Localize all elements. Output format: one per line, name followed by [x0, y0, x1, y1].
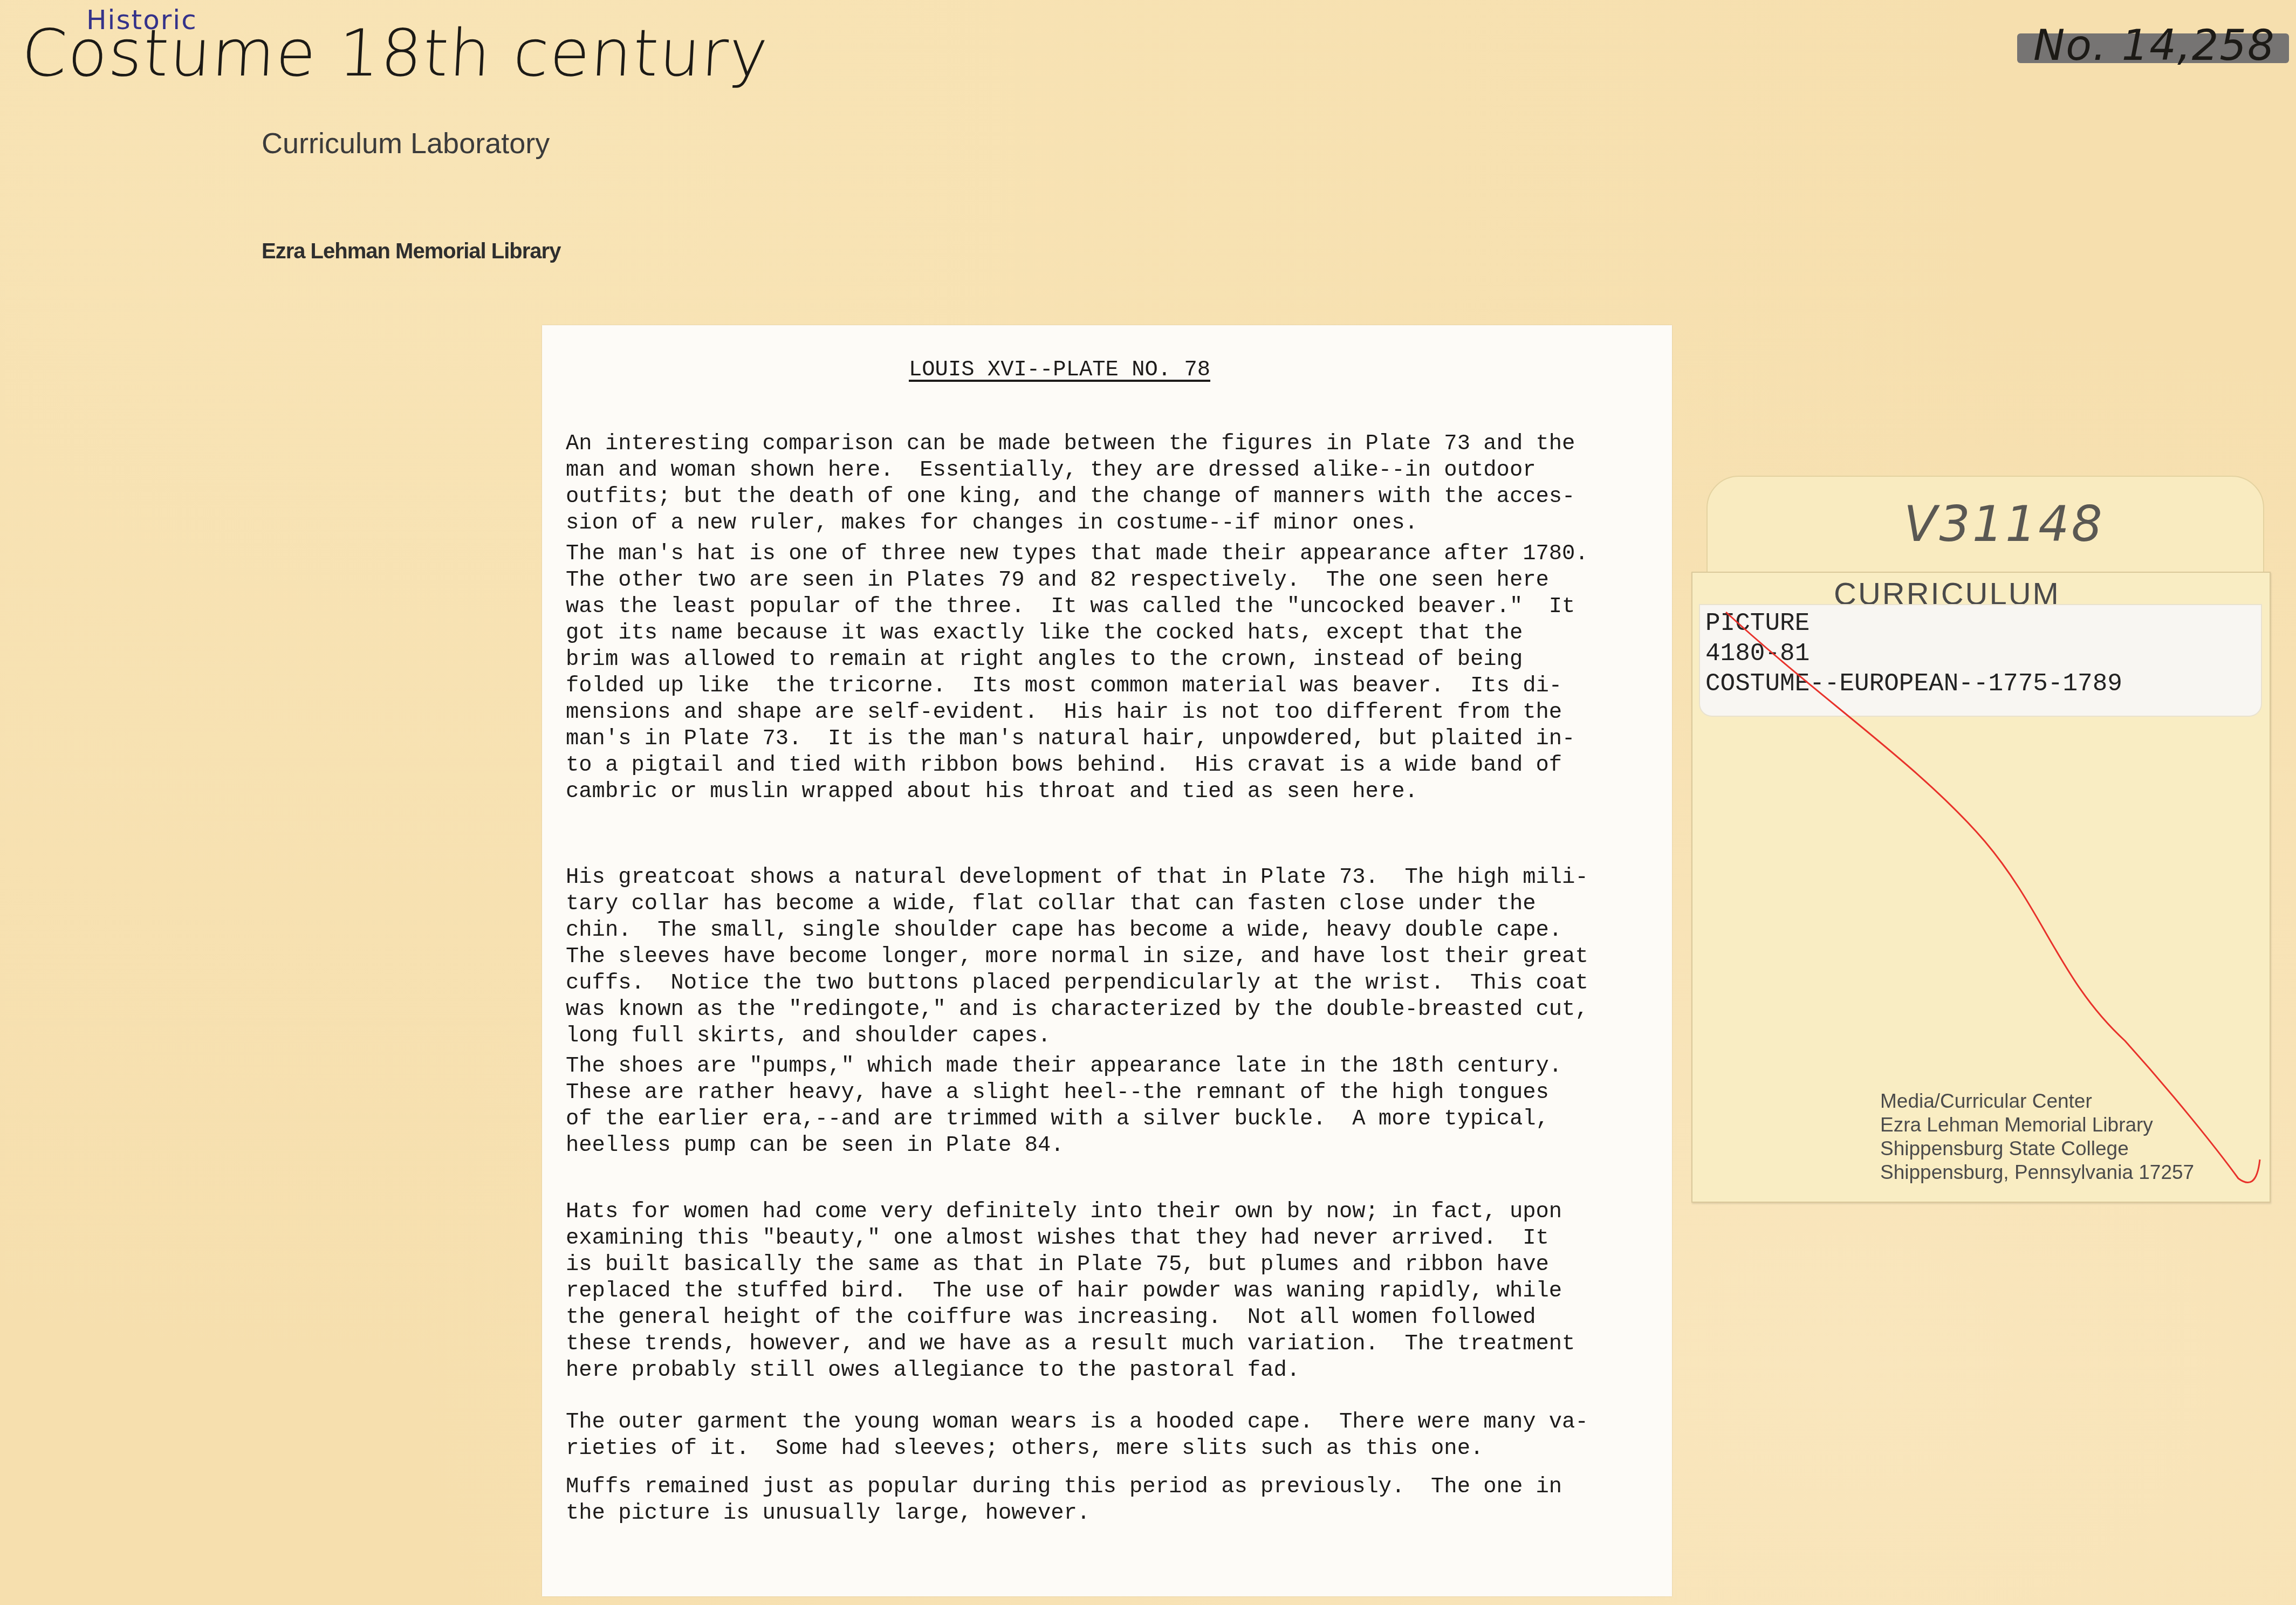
paragraph: The outer garment the young woman wears …	[566, 1409, 1588, 1462]
typed-description-sheet: LOUIS XVI--PLATE NO. 78 An interesting c…	[542, 325, 1672, 1596]
address-line: Shippensburg State College	[1880, 1137, 2194, 1161]
paragraph: An interesting comparison can be made be…	[566, 431, 1575, 537]
address-line: Ezra Lehman Memorial Library	[1880, 1113, 2194, 1137]
label-line: COSTUME--EUROPEAN--1775-1789	[1705, 670, 2122, 698]
sheet-title: LOUIS XVI--PLATE NO. 78	[909, 358, 1210, 382]
paragraph: The man's hat is one of three new types …	[566, 541, 1588, 805]
label-line: 4180-81	[1705, 640, 1810, 668]
address-line: Media/Curricular Center	[1880, 1089, 2194, 1113]
label-line: PICTURE	[1705, 609, 1810, 637]
catalog-label: PICTURE 4180-81 COSTUME--EUROPEAN--1775-…	[1699, 604, 2262, 717]
address-line: Shippensburg, Pennsylvania 17257	[1880, 1161, 2194, 1184]
address-stamp: Media/Curricular Center Ezra Lehman Memo…	[1880, 1089, 2194, 1184]
card-number-handwritten: V31148	[1904, 496, 2105, 553]
paragraph: His greatcoat shows a natural developmen…	[566, 865, 1588, 1050]
accession-number: No. 14,258	[2033, 22, 2276, 70]
paragraph: The shoes are "pumps," which made their …	[566, 1053, 1562, 1159]
curriculum-lab-stamp: Curriculum Laboratory	[262, 127, 550, 160]
paragraph: Muffs remained just as popular during th…	[566, 1474, 1562, 1527]
handwritten-insertion-note: Historic	[86, 4, 197, 36]
library-stamp: Ezra Lehman Memorial Library	[262, 239, 560, 264]
accession-number-text: No. 14,258	[2033, 22, 2276, 70]
paragraph: Hats for women had come very definitely …	[566, 1199, 1575, 1384]
